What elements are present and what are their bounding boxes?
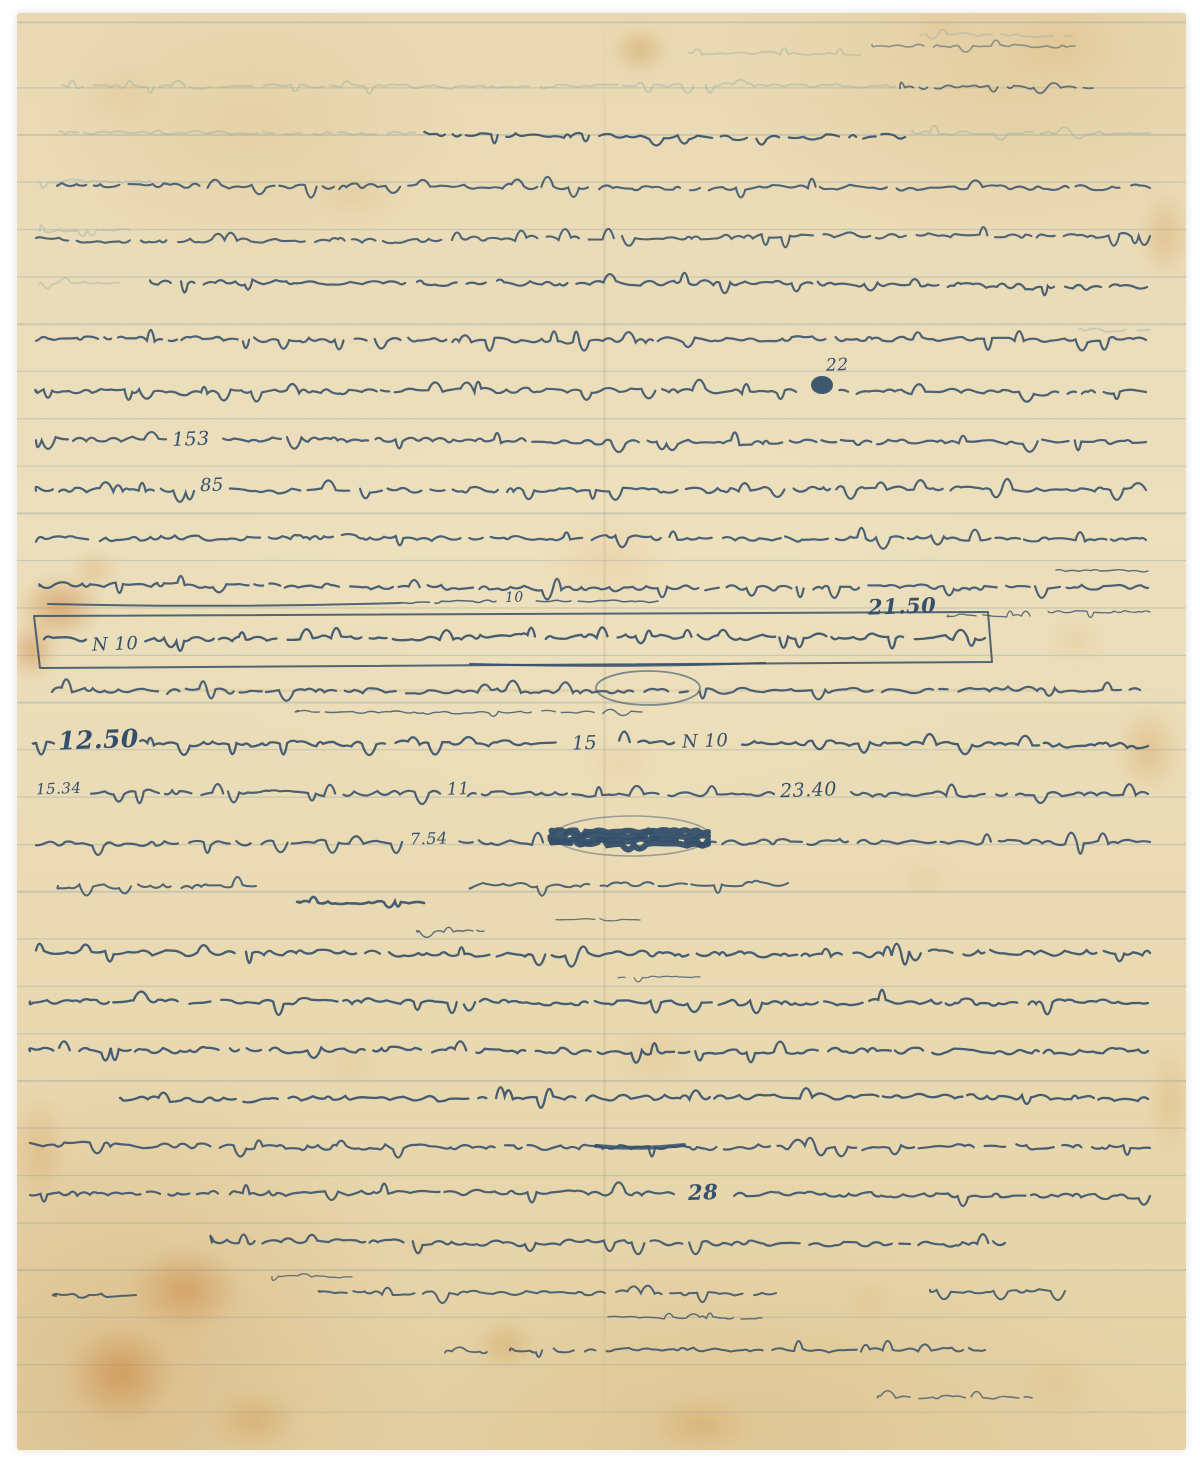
fold-crease-vertical — [603, 13, 606, 1450]
ruled-lines — [17, 13, 1186, 1450]
letter-page: 221538521.5010N 1015N 1012.5023.401115.3… — [17, 13, 1186, 1450]
scan-background: 221538521.5010N 1015N 1012.5023.401115.3… — [0, 0, 1200, 1459]
fold-crease-horizontal — [17, 689, 1186, 692]
